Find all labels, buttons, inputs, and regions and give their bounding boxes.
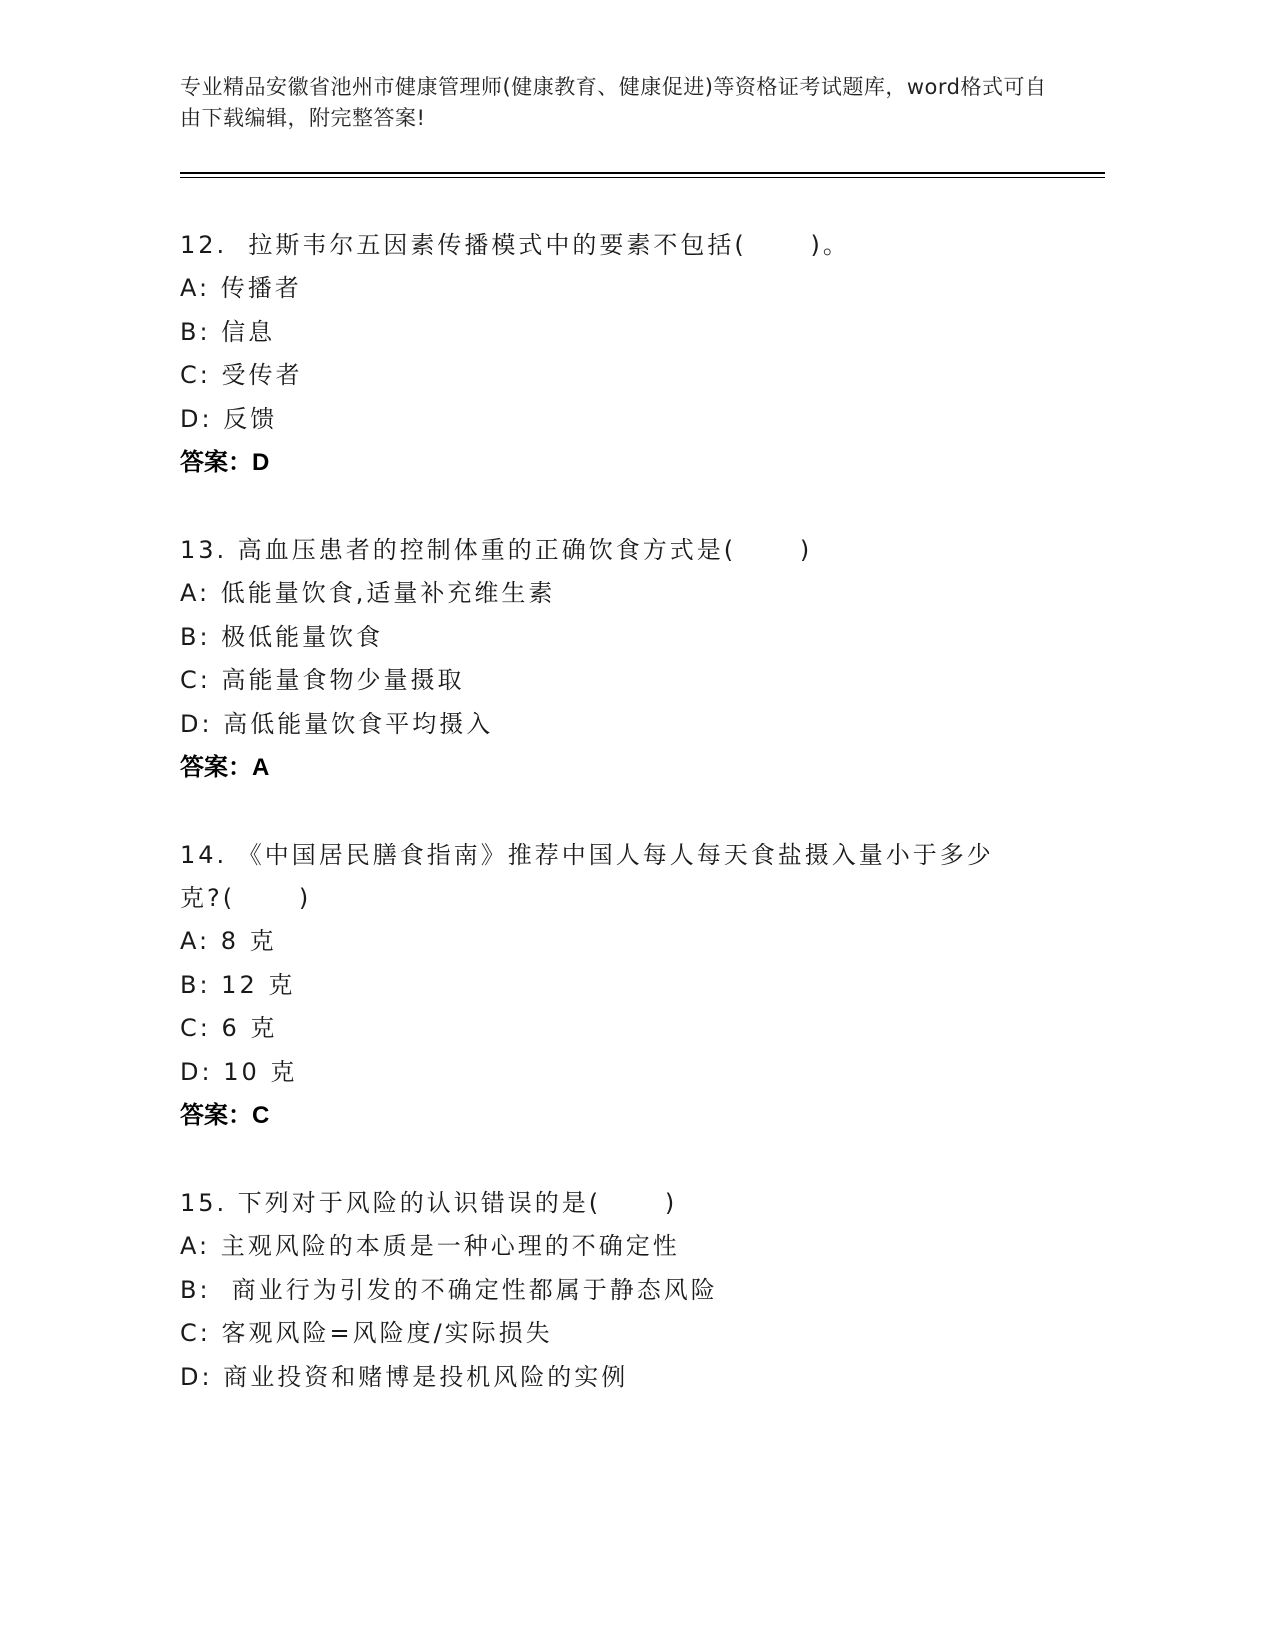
answer-label: 答案：D: [180, 441, 1060, 485]
question-15: 15. 下列对于风险的认识错误的是( ) A: 主观风险的本质是一种心理的不确定…: [180, 1182, 1060, 1399]
option-d: D: 10 克: [180, 1051, 1020, 1095]
header-rule-thick: [180, 172, 1105, 174]
option-a: A: 传播者: [180, 267, 1060, 311]
option-a: A: 8 克: [180, 920, 1020, 964]
question-stem: 12. 拉斯韦尔五因素传播模式中的要素不包括( )。: [180, 224, 1060, 267]
question-stem: 13. 高血压患者的控制体重的正确饮食方式是( ): [180, 529, 1060, 572]
option-b: B: 信息: [180, 311, 1060, 355]
document-header: 专业精品安徽省池州市健康管理师(健康教育、健康促进)等资格证考试题库，word格…: [180, 72, 1060, 134]
option-c: C: 高能量食物少量摄取: [180, 659, 1060, 703]
option-d: D: 商业投资和赌博是投机风险的实例: [180, 1356, 1060, 1400]
option-d: D: 反馈: [180, 398, 1060, 442]
option-c: C: 受传者: [180, 354, 1060, 398]
header-rule-thin: [180, 177, 1105, 178]
option-a: A: 主观风险的本质是一种心理的不确定性: [180, 1225, 1060, 1269]
option-a: A: 低能量饮食,适量补充维生素: [180, 572, 1060, 616]
option-b: B: 12 克: [180, 964, 1020, 1008]
question-stem: 15. 下列对于风险的认识错误的是( ): [180, 1182, 1060, 1225]
question-14: 14. 《中国居民膳食指南》推荐中国人每人每天食盐摄入量小于多少克?( ) A:…: [180, 834, 1020, 1138]
answer-label: 答案：A: [180, 746, 1060, 790]
option-c: C: 客观风险=风险度/实际损失: [180, 1312, 1060, 1356]
option-b: B: 极低能量饮食: [180, 616, 1060, 660]
question-stem: 14. 《中国居民膳食指南》推荐中国人每人每天食盐摄入量小于多少克?( ): [180, 834, 1020, 920]
option-c: C: 6 克: [180, 1007, 1020, 1051]
option-d: D: 高低能量饮食平均摄入: [180, 703, 1060, 747]
question-13: 13. 高血压患者的控制体重的正确饮食方式是( ) A: 低能量饮食,适量补充维…: [180, 529, 1060, 790]
answer-label: 答案：C: [180, 1094, 1020, 1138]
question-12: 12. 拉斯韦尔五因素传播模式中的要素不包括( )。 A: 传播者 B: 信息 …: [180, 224, 1060, 485]
option-b: B: 商业行为引发的不确定性都属于静态风险: [180, 1269, 1060, 1313]
